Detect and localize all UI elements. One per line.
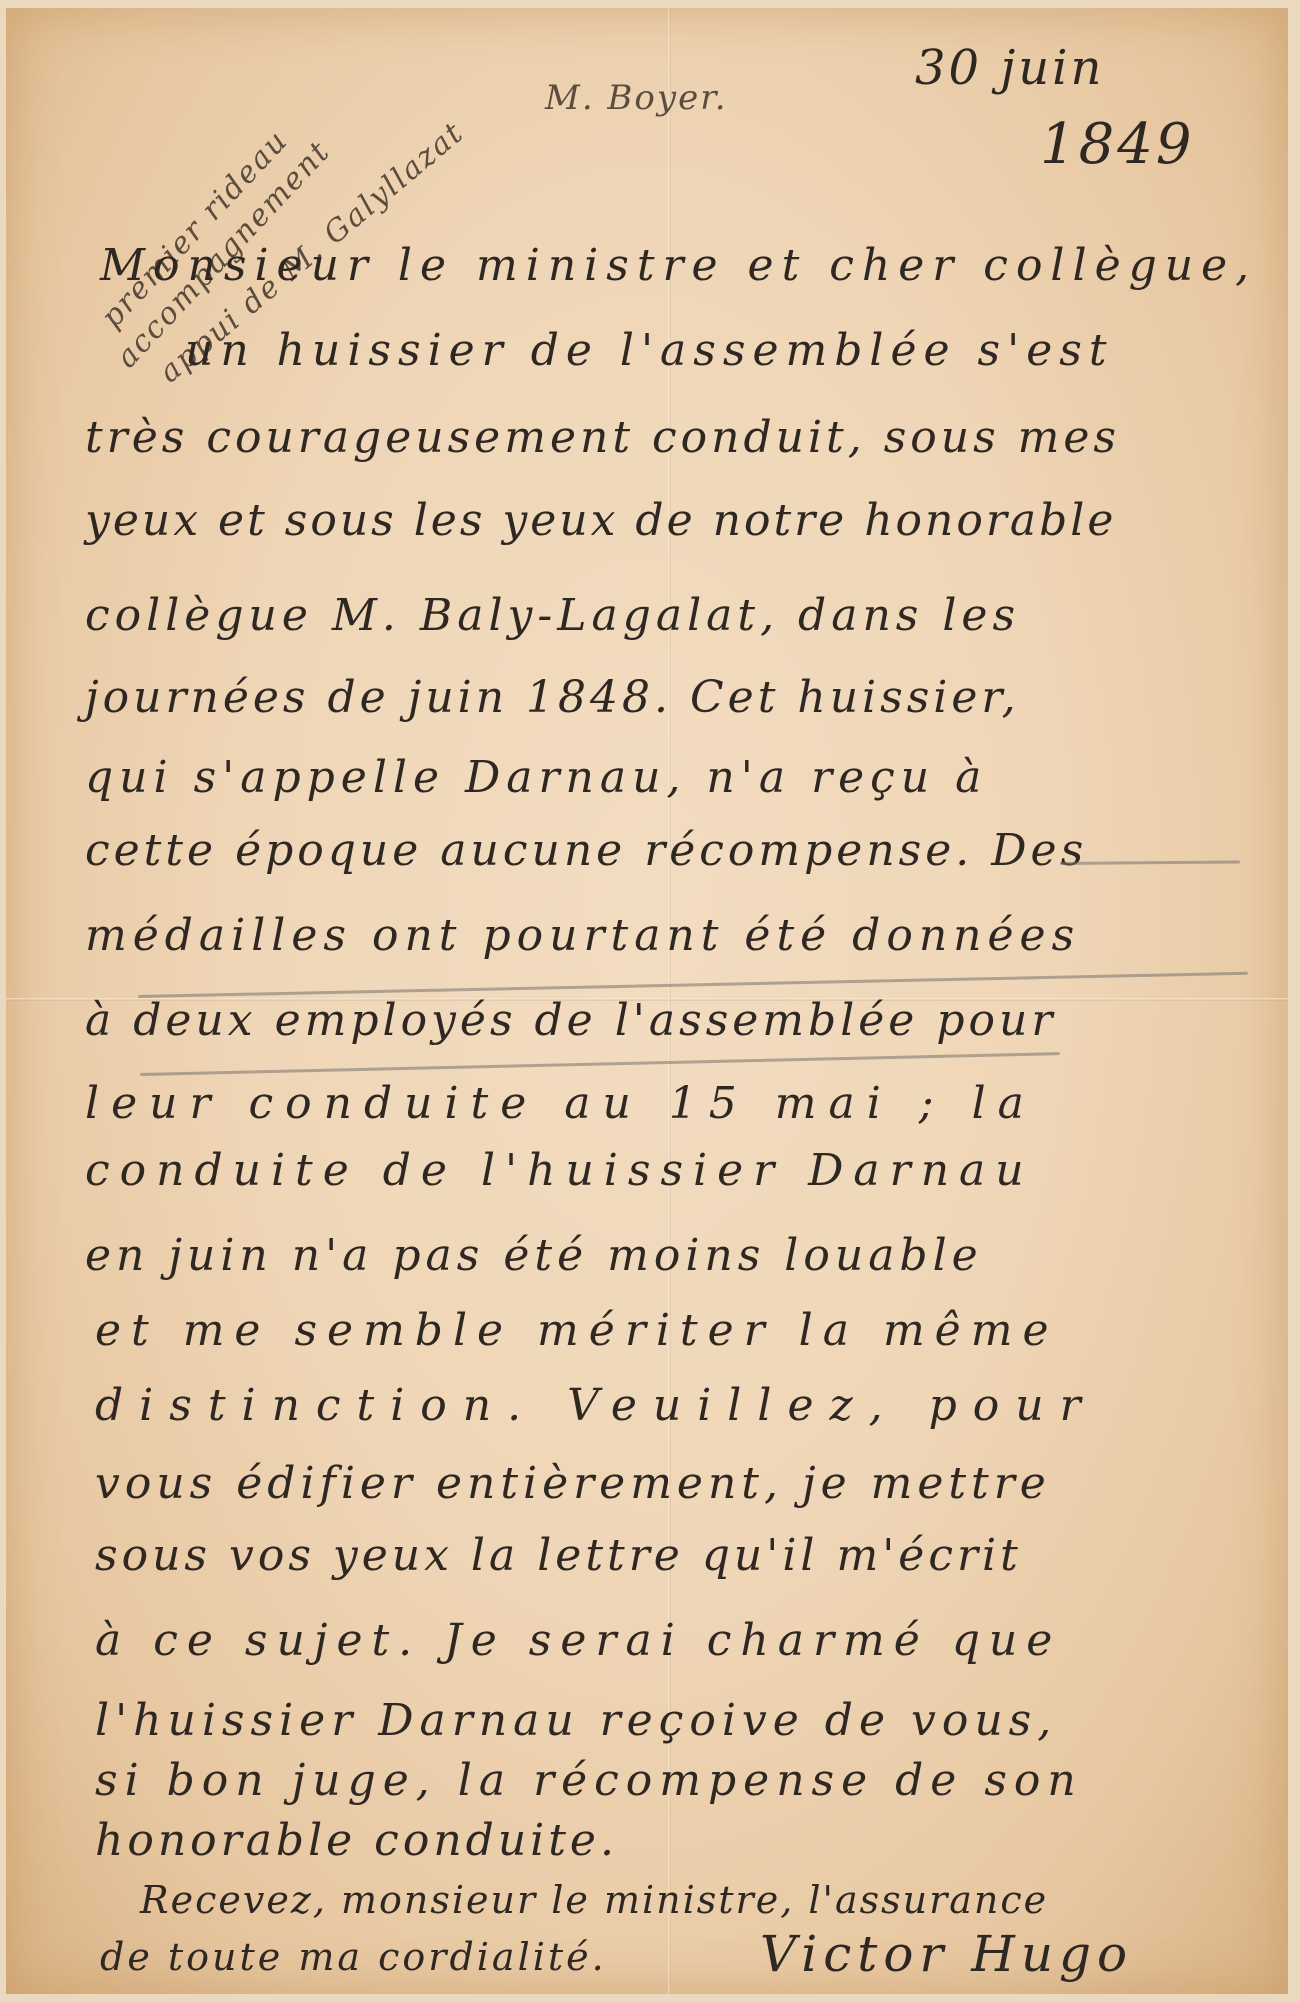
letter-line-3: très courageusement conduit, sous mes <box>85 412 1120 463</box>
date-year: 1849 <box>1040 112 1195 177</box>
letter-line-11: leur conduite au 15 mai ; la <box>85 1078 1036 1129</box>
date-day-month: 30 juin <box>915 40 1104 96</box>
signature: Victor Hugo <box>760 1925 1133 1983</box>
letter-line-22: Recevez, monsieur le ministre, l'assuran… <box>140 1878 1048 1922</box>
letter-line-10: à deux employés de l'assemblée pour <box>85 995 1056 1046</box>
letter-line-19: l'huissier Darnau reçoive de vous, <box>95 1695 1057 1746</box>
letter-line-16: vous édifier entièrement, je mettre <box>95 1458 1051 1509</box>
letter-line-7: qui s'appelle Darnau, n'a reçu à <box>85 752 987 803</box>
letter-line-18: à ce sujet. Je serai charmé que <box>95 1615 1061 1666</box>
letter-line-4: yeux et sous les yeux de notre honorable <box>85 495 1116 546</box>
recipient-note: M. Boyer. <box>545 78 728 118</box>
letter-line-6: journées de juin 1848. Cet huissier, <box>85 672 1020 723</box>
letter-line-12: conduite de l'huissier Darnau <box>85 1145 1034 1196</box>
letter-line-2: un huissier de l'assemblée s'est <box>185 325 1114 376</box>
letter-line-1: Monsieur le ministre et cher collègue, <box>100 240 1257 291</box>
letter-line-23: de toute ma cordialité. <box>100 1935 607 1979</box>
letter-line-8: cette époque aucune récompense. Des <box>85 825 1087 876</box>
letter-line-21: honorable conduite. <box>95 1815 618 1866</box>
letter-line-15: distinction. Veuillez, pour <box>95 1380 1097 1431</box>
letter-line-5: collègue M. Baly-Lagalat, dans les <box>85 590 1020 641</box>
letter-line-17: sous vos yeux la lettre qu'il m'écrit <box>95 1530 1022 1581</box>
letter-line-13: en juin n'a pas été moins louable <box>85 1230 983 1281</box>
letter-line-20: si bon juge, la récompense de son <box>95 1755 1083 1806</box>
letter-line-14: et me semble mériter la même <box>95 1305 1058 1356</box>
letter-line-9: médailles ont pourtant été données <box>85 910 1080 961</box>
